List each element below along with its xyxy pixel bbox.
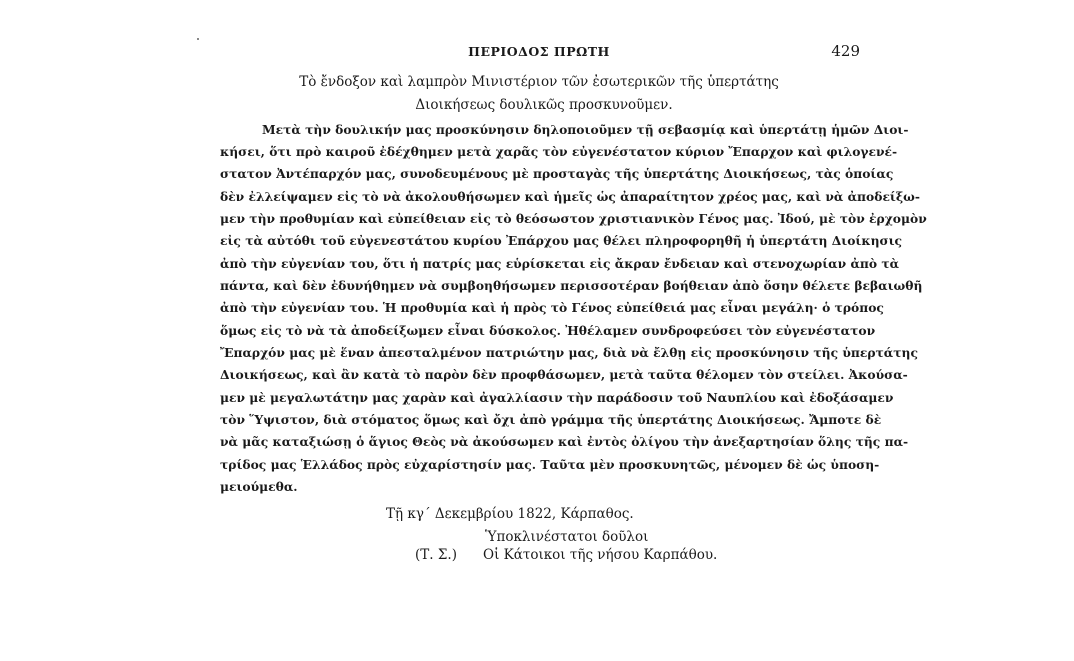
body-line: στατον Ἀντέπαρχόν μας, συνοδευμένους μὲ … xyxy=(220,166,858,181)
body-line: νὰ μᾶς καταξιώσῃ ὁ ἅγιος Θεὸς νὰ ἀκούσωμ… xyxy=(220,434,858,449)
scan-artifact xyxy=(197,38,199,40)
signatories-line: Οἱ Κάτοικοι τῆς νήσου Καρπάθου. xyxy=(483,547,717,563)
body-line: Μετὰ τὴν δουλικήν μας προσκύνησιν δηλοπο… xyxy=(262,122,858,137)
body-line: κήσει, ὅτι πρὸ καιροῦ ἐδέχθημεν μετὰ χαρ… xyxy=(220,144,858,159)
body-line: δὲν ἐλλείψαμεν εἰς τὸ νὰ ἀκολουθήσωμεν κ… xyxy=(220,189,858,204)
running-title: ΠΕΡΙΟΔΟΣ ΠΡΩΤΗ xyxy=(218,44,860,59)
body-line: ἀπὸ τὴν εὐγενίαν του, ὅτι ἡ πατρίς μας ε… xyxy=(220,256,858,271)
seal-mark: (Τ. Σ.) xyxy=(415,547,457,563)
body-line: μεν τὴν προθυμίαν καὶ εὐπείθειαν εἰς τὸ … xyxy=(220,211,858,226)
page-header: ΠΕΡΙΟΔΟΣ ΠΡΩΤΗ 429 xyxy=(218,44,860,66)
body-line: ὅμως εἰς τὸ νὰ τὰ ἀποδείξωμεν εἶναι δύσκ… xyxy=(220,323,858,338)
date-line: Τῇ κγ΄ Δεκεμβρίου 1822, Κάρπαθος. xyxy=(386,506,634,522)
body-line: μειούμεθα. xyxy=(220,479,858,494)
body-line: τρίδος μας Ἑλλάδος πρὸς εὐχαρίστησίν μας… xyxy=(220,457,858,472)
address-line-2: Διοικήσεως δουλικῶς προσκυνοῦμεν. xyxy=(218,97,860,113)
body-line: μεν μὲ μεγαλωτάτην μας χαρὰν καὶ ἀγαλλία… xyxy=(220,390,858,405)
body-line: εἰς τὰ αὐτόθι τοῦ εὐγενεστάτου κυρίου Ἐπ… xyxy=(220,233,858,248)
page-number: 429 xyxy=(831,42,860,60)
body-line: Διοικήσεως, καὶ ἂν κατὰ τὸ παρὸν δὲν προ… xyxy=(220,367,858,382)
address-line-1: Τὸ ἔνδοξον καὶ λαμπρὸν Μινιστέριον τῶν ἐ… xyxy=(218,74,860,90)
humble-servants-line: Ὑποκλινέστατοι δοῦλοι xyxy=(485,529,648,545)
body-line: ἀπὸ τὴν εὐγενίαν του. Ἡ προθυμία καὶ ἡ π… xyxy=(220,300,858,315)
body-line: Ἔπαρχόν μας μὲ ἕναν ἀπεσταλμένον πατριώτ… xyxy=(220,345,858,360)
scanned-book-page: ΠΕΡΙΟΔΟΣ ΠΡΩΤΗ 429 Τὸ ἔνδοξον καὶ λαμπρὸ… xyxy=(0,0,1074,661)
body-line: πάντα, καὶ δὲν ἐδυνήθημεν νὰ συμβοηθήσωμ… xyxy=(220,278,858,293)
body-line: τὸν Ὕψιστον, διὰ στόματος ὅμως καὶ ὄχι ἀ… xyxy=(220,412,858,427)
